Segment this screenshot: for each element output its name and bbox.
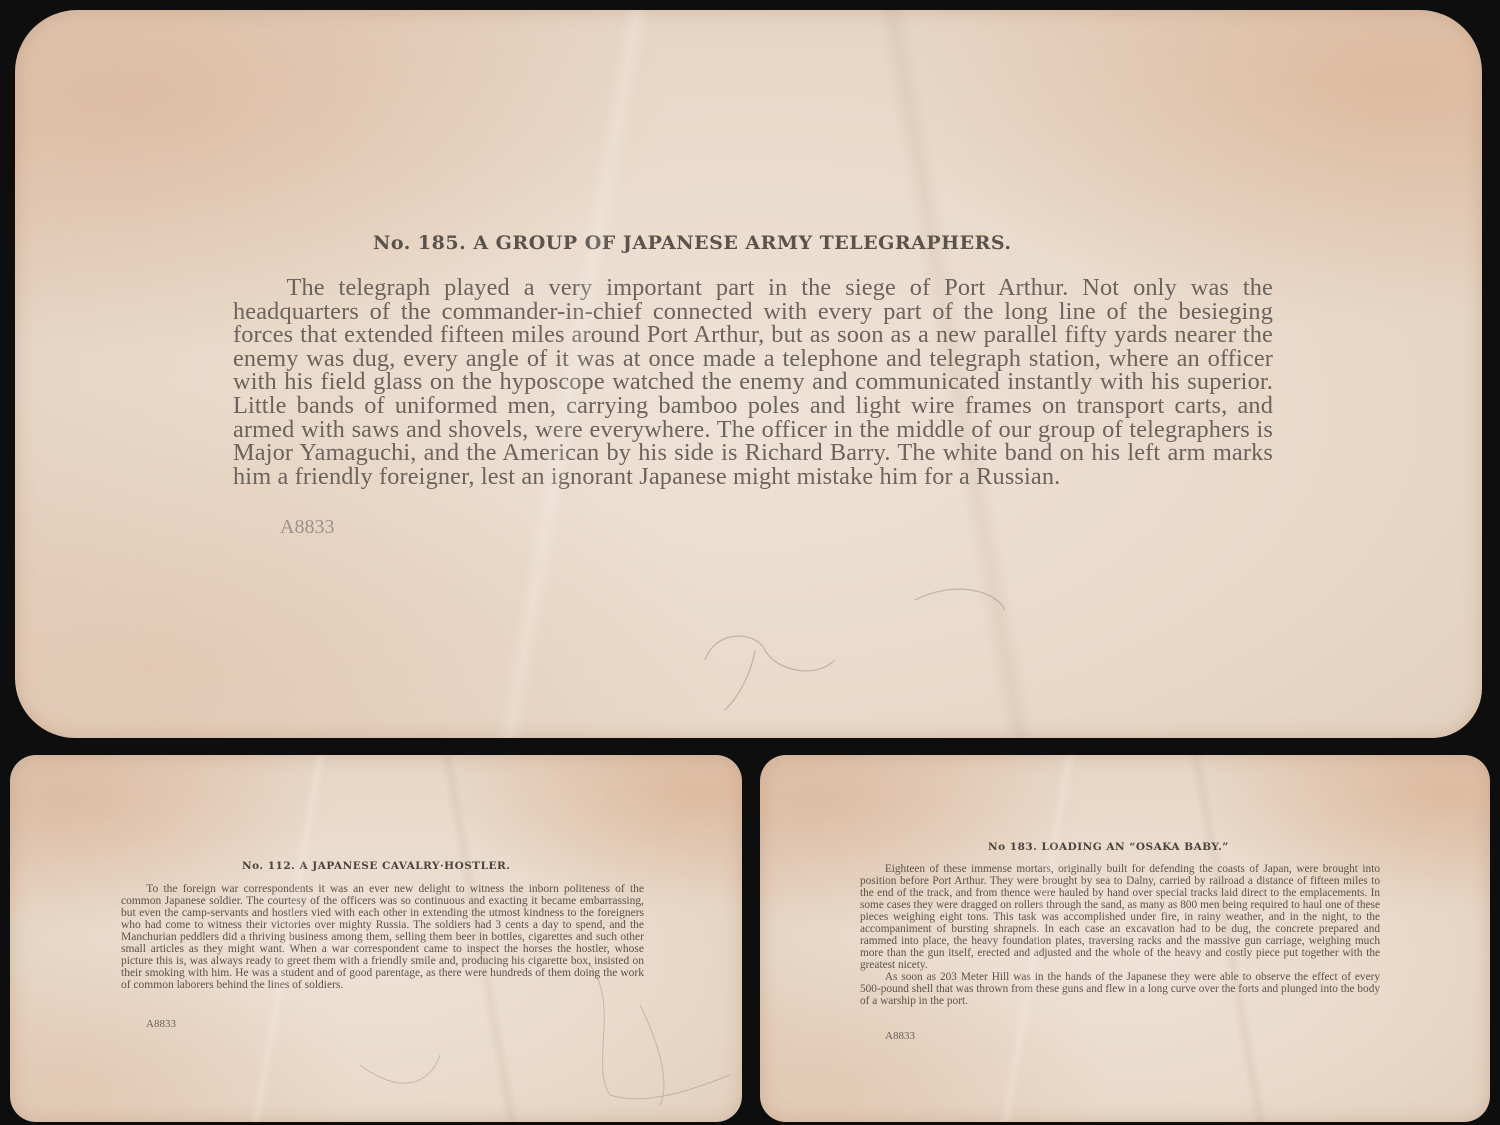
- card-description: The telegraph played a very important pa…: [233, 276, 1273, 488]
- card-paragraph: Eighteen of these immense mortars, origi…: [860, 863, 1380, 971]
- catalog-code: A8833: [280, 516, 334, 539]
- card-paragraph: As soon as 203 Meter Hill was in the han…: [860, 971, 1380, 1007]
- stereoview-card-112: No. 112. A JAPANESE CAVALRY·HOSTLER. To …: [10, 755, 742, 1122]
- card-description: To the foreign war correspondents it was…: [121, 883, 644, 991]
- card-paragraph: The telegraph played a very important pa…: [233, 276, 1273, 488]
- card-paragraph: To the foreign war correspondents it was…: [121, 883, 644, 991]
- card-title: No. 185. A GROUP OF JAPANESE ARMY TELEGR…: [373, 232, 1012, 254]
- stereoview-card-183: No 183. LOADING AN “OSAKA BABY.” Eightee…: [760, 755, 1490, 1122]
- photo-composite: No. 185. A GROUP OF JAPANESE ARMY TELEGR…: [0, 0, 1500, 1125]
- card-description: Eighteen of these immense mortars, origi…: [860, 863, 1380, 1007]
- card-title: No 183. LOADING AN “OSAKA BABY.”: [988, 841, 1229, 853]
- pencil-scribble-icon: [695, 540, 1115, 720]
- stereoview-card-185: No. 185. A GROUP OF JAPANESE ARMY TELEGR…: [15, 10, 1482, 738]
- catalog-code: A8833: [146, 1018, 176, 1030]
- card-title: No. 112. A JAPANESE CAVALRY·HOSTLER.: [242, 860, 510, 872]
- catalog-code: A8833: [885, 1030, 915, 1042]
